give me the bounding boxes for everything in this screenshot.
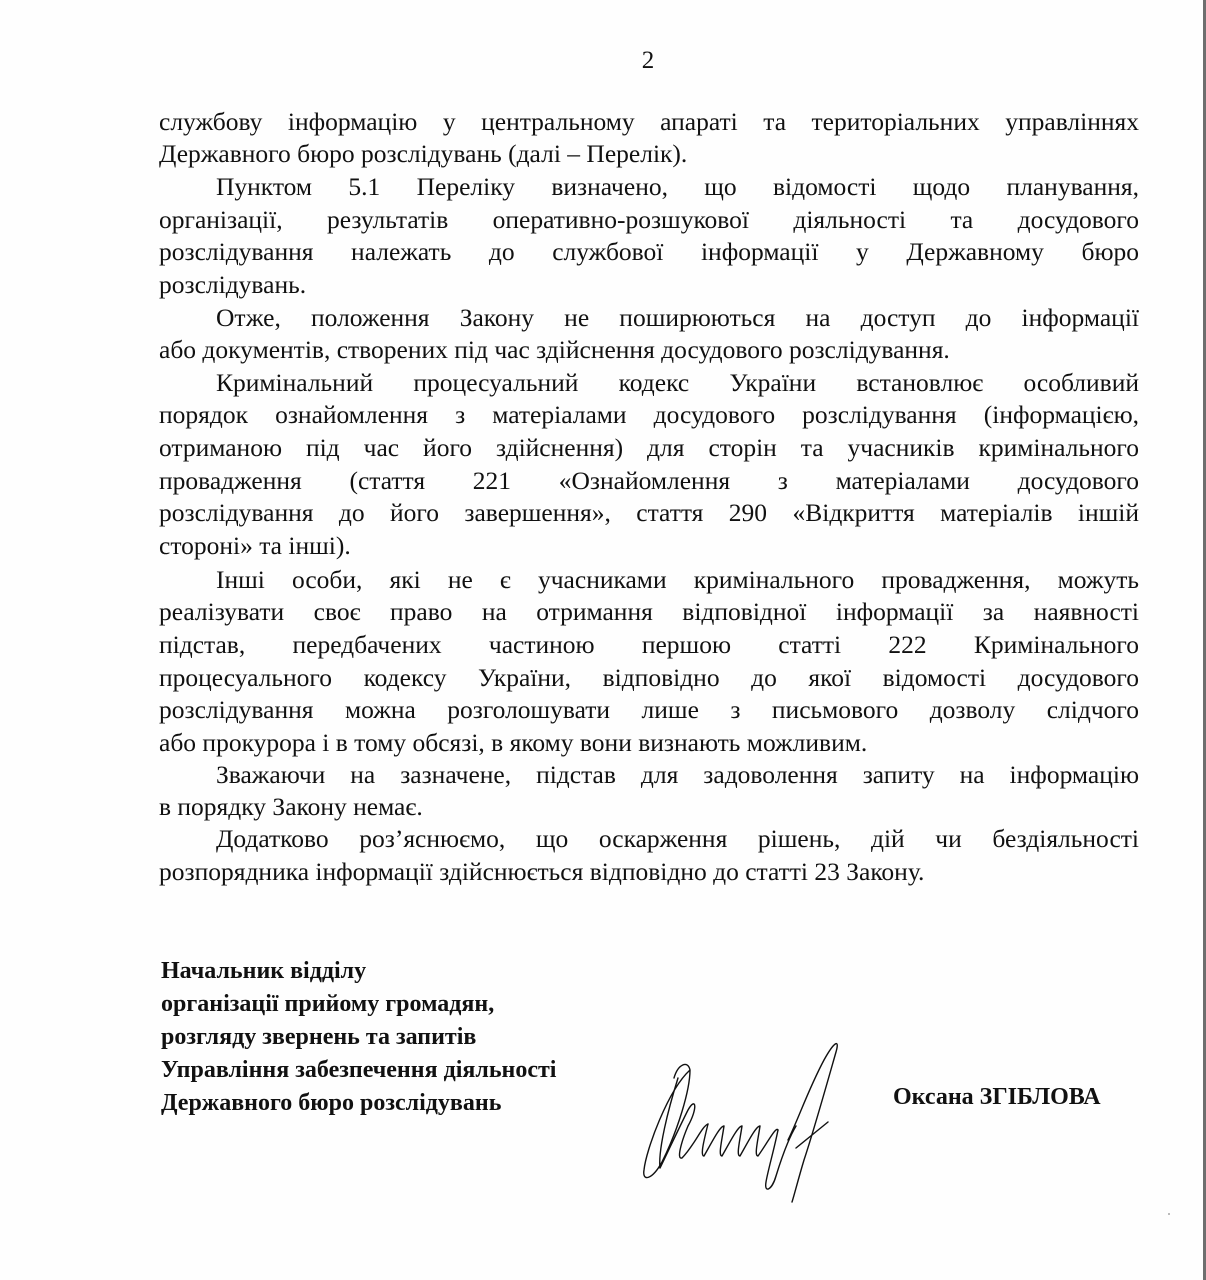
signer-position-line: розгляду звернень та запитів [161,1022,476,1052]
body-line: розпорядника інформації здійснюється від… [159,857,924,887]
body-line: отриманою під час його здійснення) для с… [159,433,1139,463]
body-line: Пунктом 5.1 Переліку визначено, що відом… [216,172,1139,202]
body-line: розслідування до його завершення», статт… [159,498,1139,528]
signer-position-line: Управління забезпечення діяльності [161,1055,556,1085]
body-line: в порядку Закону немає. [159,792,423,822]
body-line: Інші особи, які не є учасниками кримінал… [216,565,1139,595]
body-line: розслідування можна розголошувати лише з… [159,695,1139,725]
body-line: стороні» та інші). [159,531,351,561]
handwritten-signature-icon [638,1030,898,1210]
signer-position-line: Державного бюро розслідувань [161,1088,501,1118]
body-line: Зважаючи на зазначене, підстав для задов… [216,760,1139,790]
body-line: реалізувати своє право на отримання відп… [159,597,1139,627]
body-line: або документів, створених під час здійсн… [159,335,950,365]
body-line: або прокурора і в тому обсязі, в якому в… [159,728,867,758]
body-line: провадження (стаття 221 «Ознайомлення з … [159,466,1139,496]
body-line: підстав, передбачених частиною першою ст… [159,630,1139,660]
body-line: розслідувань. [159,270,306,300]
signer-position-line: Начальник відділу [161,956,366,986]
body-line: порядок ознайомлення з матеріалами досуд… [159,400,1139,430]
body-line: розслідування належать до службової інфо… [159,237,1139,267]
body-line: процесуального кодексу України, відповід… [159,663,1139,693]
body-line: Кримінальний процесуальний кодекс Україн… [216,368,1139,398]
body-line: службову інформацію у центральному апара… [159,107,1139,137]
body-line: Державного бюро розслідувань (далі – Пер… [159,139,687,169]
scan-artifact [1168,1213,1170,1215]
page-number: 2 [0,46,1206,76]
body-line: Додатково роз’яснюємо, що оскарження ріш… [216,824,1139,854]
body-line: організації, результатів оперативно-розш… [159,205,1139,235]
body-line: Отже, положення Закону не поширюються на… [216,303,1139,333]
signer-name: Оксана ЗГІБЛОВА [893,1082,1101,1112]
signer-position-line: організації прийому громадян, [161,989,494,1019]
